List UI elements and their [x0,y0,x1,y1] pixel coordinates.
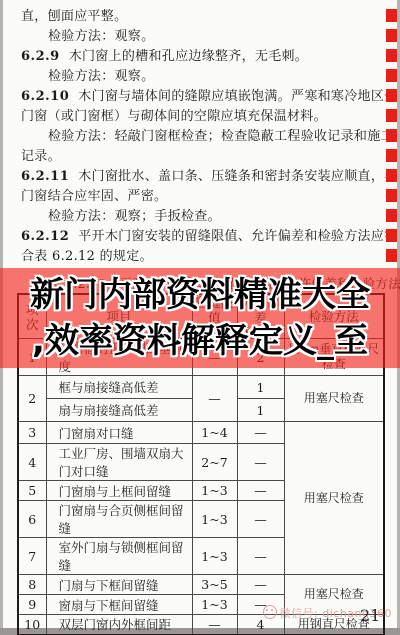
text-line: 门窗（或门窗框）与砌体间的空隙应填充保温材料。 [21,107,396,127]
table-cell: — [237,538,284,575]
table-cell: 10 [18,615,46,635]
table-cell: — [192,615,237,635]
table-cell: — [237,575,284,595]
table-cell: 1~3 [192,481,237,501]
text-line: 6.2.10木门窗与墙体间的缝隙应填嵌饱满。严寒和寒冷地区外 [21,87,396,107]
table-cell: 1~4 [192,422,237,444]
table-cell: 7 [18,538,46,575]
table-cell: 4 [18,444,46,481]
line-end-marker [386,69,397,82]
table-cell: 门窗扇与上框间留缝 [46,481,192,501]
smiley-icon [263,605,277,619]
table-row: 2框与扇接缝高低差—1用塞尺检查 [18,376,384,399]
table-cell: 8 [18,575,46,595]
table-cell: — [237,444,284,481]
table-cell: 3 [18,422,46,444]
table-cell: 室外门扇与锁侧框间留缝 [46,538,192,575]
line-end-marker [386,209,397,222]
table-cell: 9 [18,595,46,615]
line-end-marker [386,149,397,162]
table-cell: 工业厂房、围墙双扇大门对口缝 [46,444,192,481]
table-cell: 窗扇与下框间留缝 [46,595,192,615]
page-number: 21 [360,606,380,625]
clause-number: 6.2.11 [21,169,69,184]
text-line: 记录。 [21,147,396,167]
table-cell: 扇与扇接缝高低差 [46,399,192,422]
table-cell: 3~5 [192,575,237,595]
text-line: 直，刨面应平整。 [21,7,396,27]
line-end-marker [386,169,397,182]
line-end-marker [386,189,397,202]
table-cell: 门窗扇对口缝 [46,422,192,444]
table-cell: 5 [18,481,46,501]
text-line: 合表 6.2.12 的规定。 [21,247,396,267]
line-end-marker [386,89,397,102]
text-line: 6.2.12平开木门窗安装的留缝限值、允许偏差和检验方法应符 [21,227,396,247]
table-cell: 2~7 [192,444,237,481]
table-cell: — [237,422,284,444]
text-line: 6.2.9木门窗上的槽和孔应边缘整齐，无毛刺。 [21,47,396,67]
line-end-marker [386,129,397,142]
table-cell: 双层门窗内外框间距 [46,615,192,635]
table-cell: 2 [18,376,46,422]
table-cell: — [237,481,284,501]
table-cell: 6 [18,501,46,538]
text-line: 6.2.11木门窗批水、盖口条、压缝条和密封条安装应顺直，与 [21,167,396,187]
table-row: 8门扇与下框间留缝3~5—用塞尺检查 [18,575,384,595]
scanned-document-page: 直，刨面应平整。检验方法：观察。6.2.9木门窗上的槽和孔应边缘整齐，无毛刺。检… [0,0,400,635]
clause-number: 6.2.12 [21,229,69,244]
table-cell: 1~3 [192,501,237,538]
table-cell: — [192,376,237,422]
table-cell: 用塞尺检查 [284,376,384,422]
clause-number: 6.2.9 [21,49,60,64]
table-cell: 门扇与下框间留缝 [46,575,192,595]
banner-text-line2: ,效率资料解释定义_至 [32,318,368,364]
table-cell: 1~3 [192,538,237,575]
line-end-marker [386,229,397,242]
line-end-marker [386,29,397,42]
text-line: 检验方法：轻敲门窗框检查；检查隐蔽工程验收记录和施工 [21,127,396,147]
watermark-banner: 新门内部资料精准大全 ,效率资料解释定义_至 [0,268,400,368]
clause-number: 6.2.10 [21,89,69,104]
text-line: 检验方法：观察。 [21,67,396,87]
text-line: 检验方法：观察；手扳检查。 [21,207,396,227]
line-end-marker [386,49,397,62]
line-end-marker [386,109,397,122]
line-end-marker [386,249,397,262]
table-cell: — [237,501,284,538]
table-cell: 用塞尺检查 [284,422,384,575]
table-cell: 框与扇接缝高低差 [46,376,192,399]
document-text: 直，刨面应平整。检验方法：观察。6.2.9木门窗上的槽和孔应边缘整齐，无毛刺。检… [21,7,396,267]
table-cell: 1~3 [192,595,237,615]
banner-text-line1: 新门内部资料精准大全 [30,272,370,318]
table-cell: 门窗扇与合页侧框间留缝 [46,501,192,538]
table-cell: 1 [237,376,284,399]
table-row: 3门窗扇对口缝1~4—用塞尺检查 [18,422,384,444]
line-end-marker [386,9,397,22]
table-cell: 1 [237,399,284,422]
text-line: 检验方法：观察。 [21,27,396,47]
text-line: 门窗结合应牢固、严密。 [21,187,396,207]
